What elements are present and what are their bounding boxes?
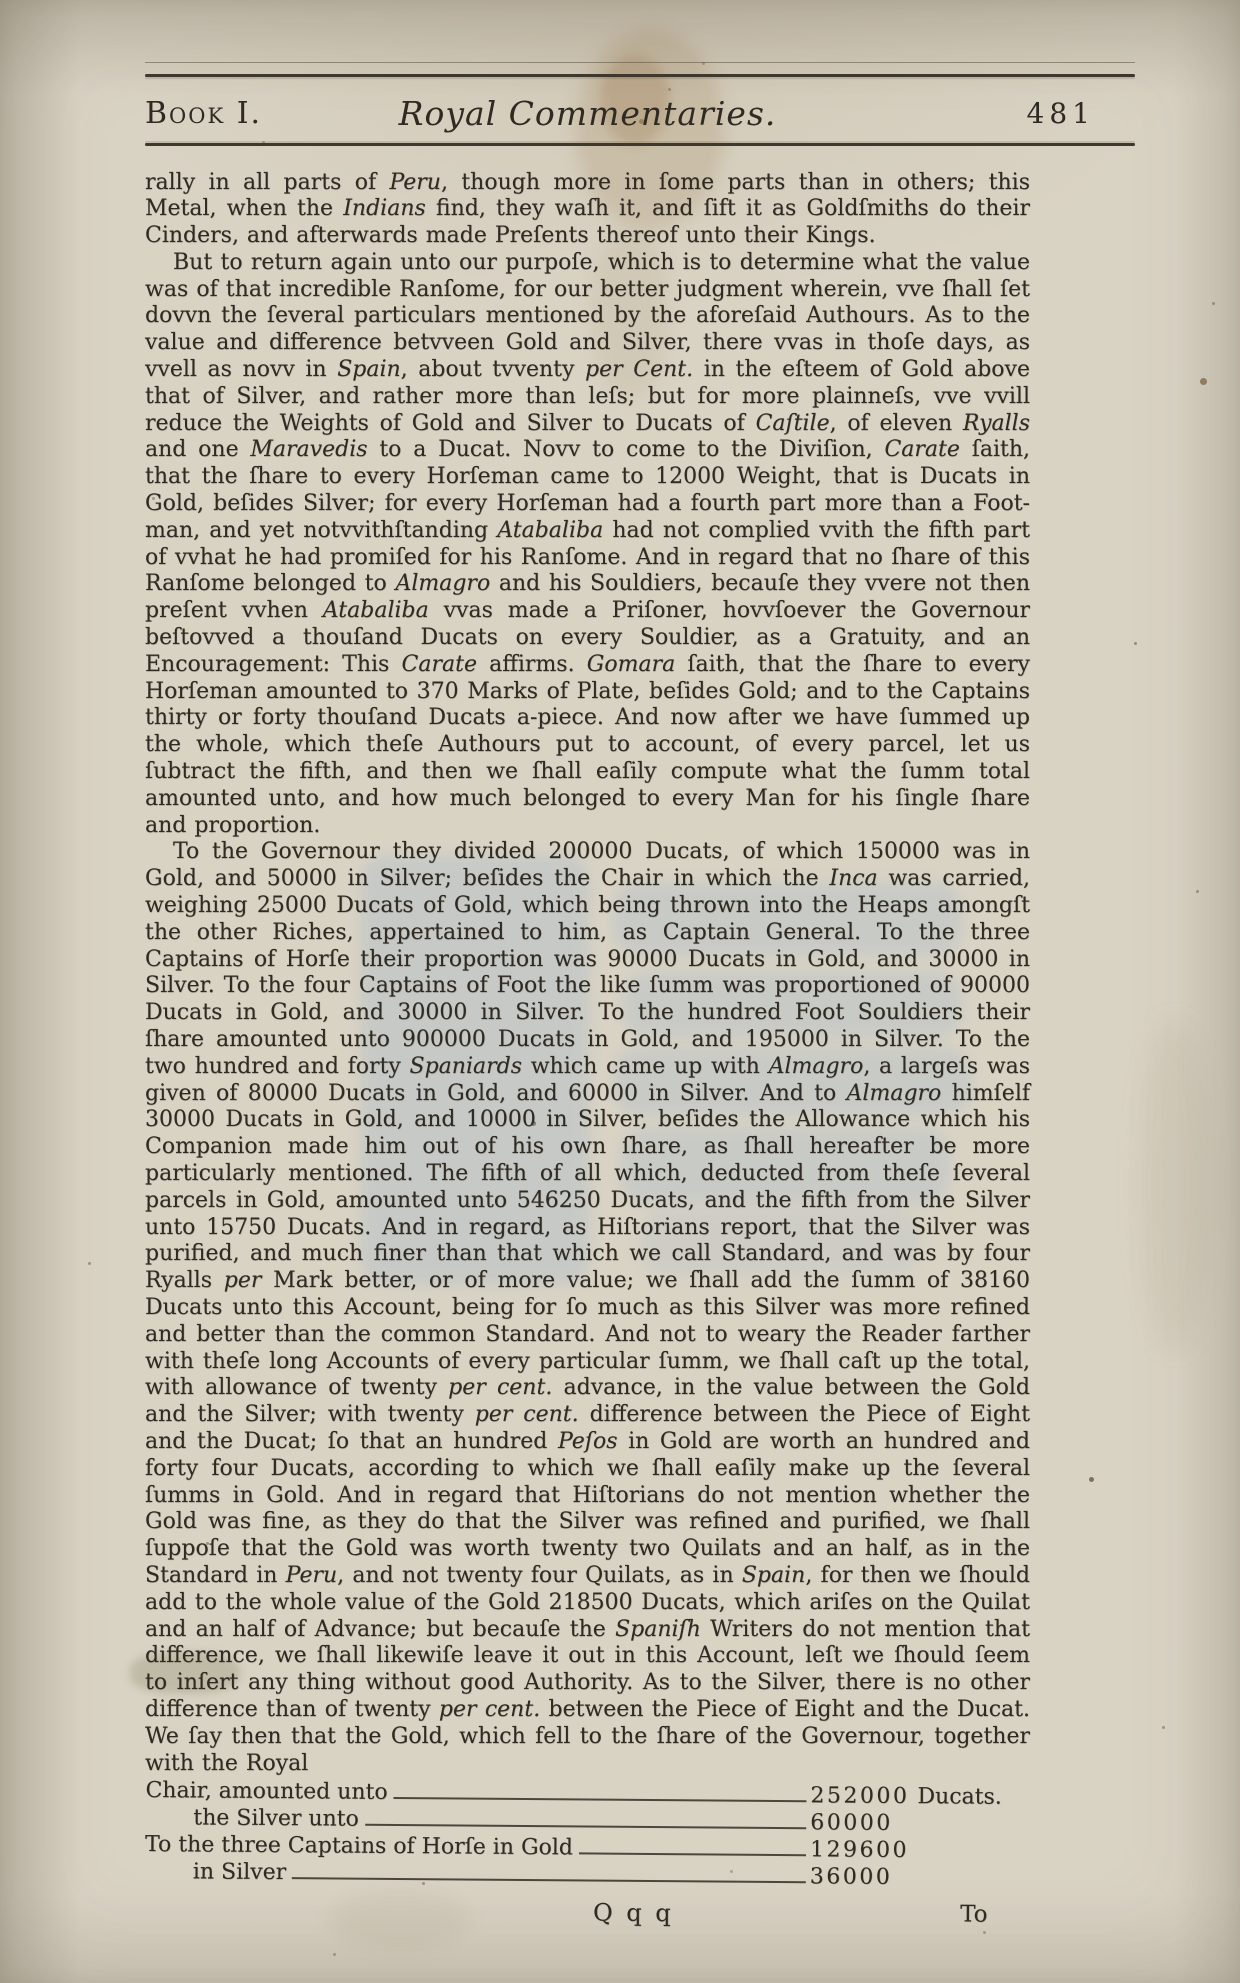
page-tail: Chair, amounted unto252000Ducats.the Sil… [144, 1777, 1030, 1936]
catchword: To [960, 1902, 988, 1928]
ledger-label: the Silver unto [193, 1805, 359, 1833]
header-rule-faint [145, 62, 1135, 63]
paper-speckles [0, 0, 3, 3]
ledger-amount: 36000 [810, 1864, 1030, 1893]
ledger-amount: 129600 [810, 1837, 1030, 1866]
paper-stain [1140, 1020, 1210, 1350]
paragraph: But to return again unto our purpoſe, wh… [145, 250, 1030, 840]
page-number: 481 [1027, 93, 1095, 135]
ledger-row: in Silver36000 [193, 1859, 1030, 1893]
paragraph: To the Governour they divided 200000 Duc… [145, 839, 1030, 1777]
running-header: Book I. Royal Commentaries. 481 [145, 93, 1030, 135]
ledger-label: in Silver [193, 1859, 287, 1887]
ledger-label: To the three Captains of Horſe in Gold [145, 1831, 573, 1861]
ledger-amount-digits: 252000 [810, 1784, 909, 1810]
signature-mark: Q q q [593, 1899, 674, 1928]
ledger-amount-digits: 60000 [810, 1811, 893, 1837]
ledger-leader-line [292, 1877, 806, 1883]
page-title: Royal Commentaries. [399, 93, 777, 135]
footer-row: Q q q To [144, 1895, 1029, 1936]
ledger-amount: 60000 [810, 1810, 1030, 1839]
ledger-leader-line [579, 1853, 806, 1857]
ledger-leader-line [365, 1824, 806, 1829]
ledger-amount-digits: 129600 [810, 1838, 909, 1864]
page-content: Book I. Royal Commentaries. 481 rally in… [145, 0, 1030, 1929]
body-text: rally in all parts of Peru, though more … [145, 170, 1030, 1778]
ledger-label: Chair, amounted unto [145, 1777, 387, 1806]
scanned-book-page: Book I. Royal Commentaries. 481 rally in… [0, 0, 1240, 1983]
book-label: Book I. [145, 96, 262, 131]
ledger-leader-line [394, 1797, 807, 1802]
ledger: Chair, amounted unto252000Ducats.the Sil… [145, 1777, 1031, 1892]
header-rule-bottom [145, 143, 1135, 146]
ledger-amount: 252000Ducats. [810, 1783, 1030, 1812]
header-rule-top [145, 74, 1135, 77]
ledger-amount-unit: Ducats. [917, 1784, 1002, 1810]
paragraph: rally in all parts of Peru, though more … [145, 170, 1030, 250]
ledger-amount-digits: 36000 [810, 1865, 893, 1891]
